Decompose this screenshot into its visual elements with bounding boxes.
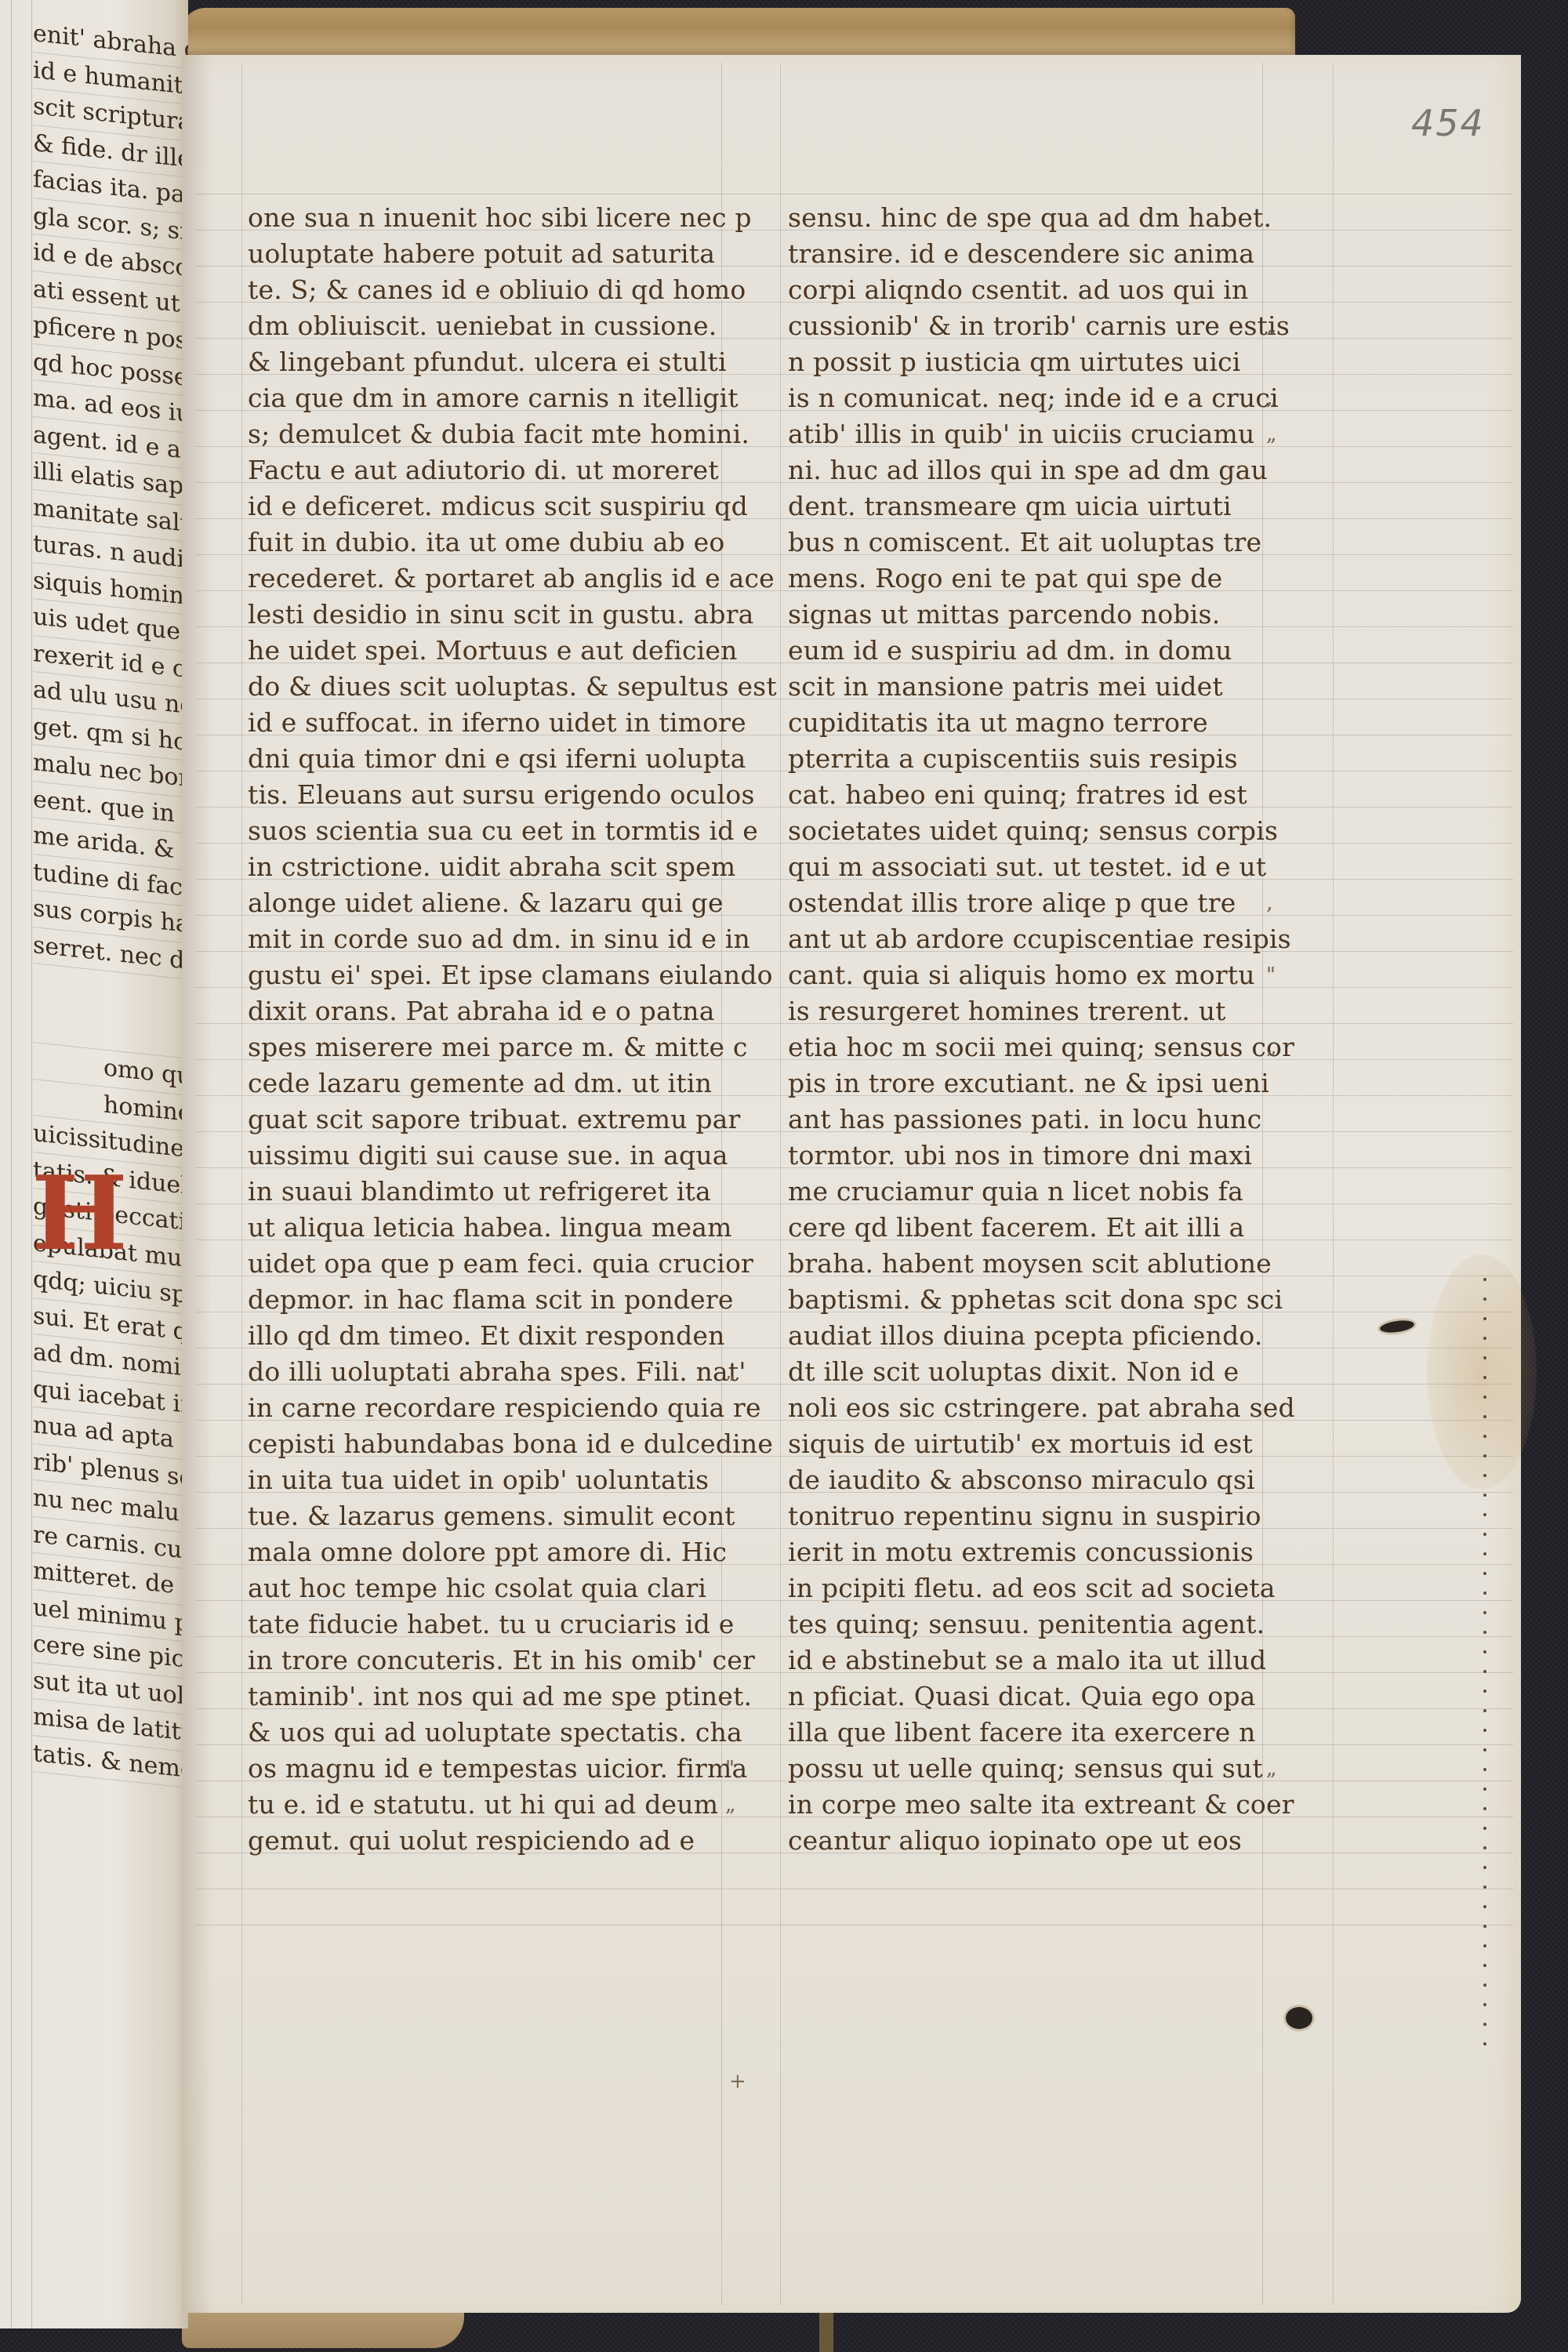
margin-mark: „ xyxy=(1266,423,1276,446)
pricking-hole xyxy=(1483,1396,1486,1399)
margin-mark: „ xyxy=(1266,1757,1276,1780)
manuscript-line: societates uidet quinq; sensus corpis xyxy=(788,813,1290,849)
text-column-b: sensu. hinc de spe qua ad dm habet.trans… xyxy=(788,200,1290,1859)
parchment-stain xyxy=(1427,1254,1537,1490)
manuscript-line: de iaudito & absconso miraculo qsi xyxy=(788,1462,1290,1498)
manuscript-line: pterrita a cupiscentiis suis resipis xyxy=(788,741,1290,777)
manuscript-line: uissimu digiti sui cause sue. in aqua xyxy=(248,1138,750,1174)
manuscript-line: gemut. qui uolut respiciendo ad e xyxy=(248,1823,750,1859)
gutter-shadow xyxy=(182,55,213,2313)
manuscript-line: audiat illos diuina pcepta pficiendo. xyxy=(788,1318,1290,1354)
margin-mark: ‚ xyxy=(725,1685,731,1708)
manuscript-line: me cruciamur quia n licet nobis fa xyxy=(788,1174,1290,1210)
manuscript-line: dixit orans. Pat abraha id e o patna xyxy=(248,993,750,1029)
manuscript-line: in suaui blandimto ut refrigeret ita xyxy=(248,1174,750,1210)
manuscript-line: in corpe meo salte ita extreant & coer xyxy=(788,1787,1290,1823)
manuscript-line: mit in corde suo ad dm. in sinu id e in xyxy=(248,921,750,957)
margin-mark: " xyxy=(725,1757,735,1780)
manuscript-line: qui m associati sut. ut testet. id e ut xyxy=(788,849,1290,885)
manuscript-line: do & diues scit uoluptas. & sepultus est xyxy=(248,669,750,705)
manuscript-line: s; demulcet & dubia facit mte homini. xyxy=(248,416,750,452)
left-page-text: enit' abraha gla scorv haid e humanitate… xyxy=(33,16,188,1788)
pricking-hole xyxy=(1483,1729,1486,1732)
manuscript-line: in trore concuteris. Et in his omib' cer xyxy=(248,1642,750,1679)
manuscript-line: pis in trore excutiant. ne & ipsi ueni xyxy=(788,1065,1290,1102)
ruling-line xyxy=(1333,63,1334,2305)
pricking-hole xyxy=(1483,1709,1486,1712)
manuscript-line: mala omne dolore ppt amore di. Hic xyxy=(248,1534,750,1570)
pricking-hole xyxy=(1483,1925,1486,1928)
manuscript-line: tu e. id e statutu. ut hi qui ad deum xyxy=(248,1787,750,1823)
pricking-hole xyxy=(1483,2003,1486,2006)
pricking-hole xyxy=(1483,2042,1486,2045)
pricking-hole xyxy=(1483,1788,1486,1791)
manuscript-line: os magnu id e tempestas uicior. firma xyxy=(248,1751,750,1787)
folio-number: 454 xyxy=(1411,102,1485,144)
manuscript-line: illo qd dm timeo. Et dixit responden xyxy=(248,1318,750,1354)
pricking-hole xyxy=(1483,1337,1486,1340)
manuscript-line: tis. Eleuans aut sursu erigendo oculos xyxy=(248,777,750,813)
pricking-hole xyxy=(1483,1827,1486,1830)
manuscript-line: uoluptate habere potuit ad saturita xyxy=(248,236,750,272)
pricking-hole xyxy=(1483,1846,1486,1849)
ruling-line xyxy=(241,63,242,2305)
pricking-hole xyxy=(1483,1415,1486,1418)
manuscript-line: cede lazaru gemente ad dm. ut itin xyxy=(248,1065,750,1102)
pricking-hole xyxy=(1483,1905,1486,1908)
manuscript-line: aut hoc tempe hic csolat quia clari xyxy=(248,1570,750,1606)
manuscript-line: dni quia timor dni e qsi iferni uolupta xyxy=(248,741,750,777)
pricking-hole xyxy=(1483,1513,1486,1516)
manuscript-line: cussionib' & in trorib' carnis ure estis xyxy=(788,308,1290,344)
ruling-line xyxy=(11,0,12,2328)
margin-mark: ‚ xyxy=(1266,891,1272,915)
manuscript-line: etia hoc m socii mei quinq; sensus cor xyxy=(788,1029,1290,1065)
parchment-hole xyxy=(1286,2007,1312,2029)
manuscript-line: scit in mansione patris mei uidet xyxy=(788,669,1290,705)
manuscript-line: is n comunicat. neq; inde id e a cruci xyxy=(788,380,1290,416)
manuscript-line: possu ut uelle quinq; sensus qui sut xyxy=(788,1751,1290,1787)
manuscript-line: is resurgeret homines trerent. ut xyxy=(788,993,1290,1029)
manuscript-line: tate fiducie habet. tu u cruciaris id e xyxy=(248,1606,750,1642)
manuscript-line: cupiditatis ita ut magno terrore xyxy=(788,705,1290,741)
manuscript-line: mens. Rogo eni te pat qui spe de xyxy=(788,561,1290,597)
pricking-hole xyxy=(1483,1690,1486,1693)
ruling-line xyxy=(780,63,781,2305)
manuscript-line: ostendat illis trore aliqe p que tre xyxy=(788,885,1290,921)
manuscript-line: ant ut ab ardore ccupiscentiae resipis xyxy=(788,921,1290,957)
pricking-hole xyxy=(1483,1807,1486,1810)
pricking-hole xyxy=(1483,1474,1486,1477)
manuscript-line: in pcipiti fletu. ad eos scit ad societa xyxy=(788,1570,1290,1606)
manuscript-line: ceantur aliquo iopinato ope ut eos xyxy=(788,1823,1290,1859)
manuscript-line: cat. habeo eni quinq; fratres id est xyxy=(788,777,1290,813)
manuscript-line: spes miserere mei parce m. & mitte c xyxy=(248,1029,750,1065)
manuscript-line: gustu ei' spei. Et ipse clamans eiulando xyxy=(248,957,750,993)
manuscript-line: n pficiat. Quasi dicat. Quia ego opa xyxy=(788,1679,1290,1715)
red-initial-h: H xyxy=(31,1163,126,1265)
manuscript-line: depmor. in hac flama scit in pondere xyxy=(248,1282,750,1318)
pricking-hole xyxy=(1483,1572,1486,1575)
manuscript-line: braha. habent moysen scit ablutione xyxy=(788,1246,1290,1282)
manuscript-line: in cstrictione. uidit abraha scit spem xyxy=(248,849,750,885)
manuscript-line: dent. transmeare qm uicia uirtuti xyxy=(788,488,1290,524)
manuscript-line: fuit in dubio. ita ut ome dubiu ab eo xyxy=(248,524,750,561)
manuscript-line: lesti desidio in sinu scit in gustu. abr… xyxy=(248,597,750,633)
ruling-line xyxy=(196,1925,1513,1926)
manuscript-line: cere qd libent facerem. Et ait illi a xyxy=(788,1210,1290,1246)
manuscript-line: bus n comiscent. Et ait uoluptas tre xyxy=(788,524,1290,561)
pricking-hole xyxy=(1483,1650,1486,1653)
pricking-hole xyxy=(1483,1768,1486,1771)
manuscript-line: recederet. & portaret ab anglis id e ace xyxy=(248,561,750,597)
pricking-hole xyxy=(1483,1278,1486,1281)
manuscript-line: id e suffocat. in iferno uidet in timore xyxy=(248,705,750,741)
pricking-hole xyxy=(1483,1376,1486,1379)
pricking-hole xyxy=(1483,1886,1486,1889)
ruling-line xyxy=(196,194,1513,194)
manuscript-line: siquis de uirtutib' ex mortuis id est xyxy=(788,1426,1290,1462)
pricking-hole xyxy=(1483,1552,1486,1555)
pricking-hole xyxy=(1483,1298,1486,1301)
binding-leather-top xyxy=(182,8,1295,56)
manuscript-line: baptismi. & pphetas scit dona spc sci xyxy=(788,1282,1290,1318)
margin-mark: " xyxy=(1266,964,1276,987)
manuscript-line: he uidet spei. Mortuus e aut deficien xyxy=(248,633,750,669)
margin-mark: „ xyxy=(1266,314,1276,338)
left-facing-page: enit' abraha gla scorv haid e humanitate… xyxy=(0,0,188,2328)
manuscript-line: atib' illis in quib' in uiciis cruciamu xyxy=(788,416,1290,452)
manuscript-line: tue. & lazarus gemens. simulit econt xyxy=(248,1498,750,1534)
manuscript-line: uidet opa que p eam feci. quia crucior xyxy=(248,1246,750,1282)
pricking-hole xyxy=(1483,1494,1486,1497)
manuscript-line: sensu. hinc de spe qua ad dm habet. xyxy=(788,200,1290,236)
manuscript-line: guat scit sapore tribuat. extremu par xyxy=(248,1102,750,1138)
manuscript-line: tes quinq; sensuu. penitentia agent. xyxy=(788,1606,1290,1642)
pricking-hole xyxy=(1483,1611,1486,1614)
manuscript-line: in carne recordare respiciendo quia re xyxy=(248,1390,750,1426)
pricking-hole xyxy=(1483,1631,1486,1634)
manuscript-line: ierit in motu extremis concussionis xyxy=(788,1534,1290,1570)
manuscript-line: one sua n inuenit hoc sibi licere nec p xyxy=(248,200,750,236)
manuscript-line: corpi aliqndo csentit. ad uos qui in xyxy=(788,272,1290,308)
pricking-hole xyxy=(1483,1866,1486,1869)
manuscript-line: suos scientia sua cu eet in tormtis id e xyxy=(248,813,750,849)
margin-mark: „ xyxy=(1266,387,1276,410)
pricking-hole xyxy=(1483,1670,1486,1673)
margin-mark: „ xyxy=(1266,1036,1276,1059)
pricking-hole xyxy=(1483,1984,1486,1987)
ruling-line xyxy=(196,1889,1513,1889)
pricking-hole xyxy=(1483,1435,1486,1438)
manuscript-line: & lingebant pfundut. ulcera ei stulti xyxy=(248,344,750,380)
pencil-cross-mark: + xyxy=(729,2070,746,2093)
manuscript-line: eum id e suspiriu ad dm. in domu xyxy=(788,633,1290,669)
manuscript-line: id e deficeret. mdicus scit suspiriu qd xyxy=(248,488,750,524)
pricking-hole xyxy=(1483,1454,1486,1457)
text-column-a: one sua n inuenit hoc sibi licere nec pu… xyxy=(248,200,750,1859)
manuscript-line: do illi uoluptati abraha spes. Fili. nat… xyxy=(248,1354,750,1390)
manuscript-line: cepisti habundabas bona id e dulcedine xyxy=(248,1426,750,1462)
manuscript-line: ant has passiones pati. in locu hunc xyxy=(788,1102,1290,1138)
manuscript-line: dm obliuiscit. ueniebat in cussione. xyxy=(248,308,750,344)
manuscript-line: illa que libent facere ita exercere n xyxy=(788,1715,1290,1751)
manuscript-line: id e abstinebut se a malo ita ut illud xyxy=(788,1642,1290,1679)
manuscript-line: taminib'. int nos qui ad me spe ptinet. xyxy=(248,1679,750,1715)
manuscript-line: dt ille scit uoluptas dixit. Non id e xyxy=(788,1354,1290,1390)
manuscript-line: ut aliqua leticia habea. lingua meam xyxy=(248,1210,750,1246)
pricking-hole xyxy=(1483,1944,1486,1947)
pricking-hole xyxy=(1483,1964,1486,1967)
manuscript-line: Factu e aut adiutorio di. ut moreret xyxy=(248,452,750,488)
manuscript-line: transire. id e descendere sic anima xyxy=(788,236,1290,272)
manuscript-line: cant. quia si aliquis homo ex mortu xyxy=(788,957,1290,993)
manuscript-line: ni. huc ad illos qui in spe ad dm gau xyxy=(788,452,1290,488)
pricking-hole xyxy=(1483,1533,1486,1536)
manuscript-line: & uos qui ad uoluptate spectatis. cha xyxy=(248,1715,750,1751)
manuscript-line: signas ut mittas parcendo nobis. xyxy=(788,597,1290,633)
manuscript-line: cia que dm in amore carnis n itelligit xyxy=(248,380,750,416)
manuscript-line: in uita tua uidet in opib' uoluntatis xyxy=(248,1462,750,1498)
manuscript-line: noli eos sic cstringere. pat abraha sed xyxy=(788,1390,1290,1426)
manuscript-line: tormtor. ubi nos in timore dni maxi xyxy=(788,1138,1290,1174)
pricking-hole xyxy=(1483,1592,1486,1595)
manuscript-line: n possit p iusticia qm uirtutes uici xyxy=(788,344,1290,380)
manuscript-line: te. S; & canes id e obliuio di qd homo xyxy=(248,272,750,308)
pricking-hole xyxy=(1483,1356,1486,1359)
pricking-hole xyxy=(1483,1748,1486,1751)
pricking-hole xyxy=(1483,1317,1486,1320)
manuscript-line: alonge uidet aliene. & lazaru qui ge xyxy=(248,885,750,921)
manuscript-line: tonitruo repentinu signu in suspirio xyxy=(788,1498,1290,1534)
margin-mark: „ xyxy=(725,1360,735,1384)
margin-mark: „ xyxy=(725,1793,735,1817)
pricking-hole xyxy=(1483,2023,1486,2026)
